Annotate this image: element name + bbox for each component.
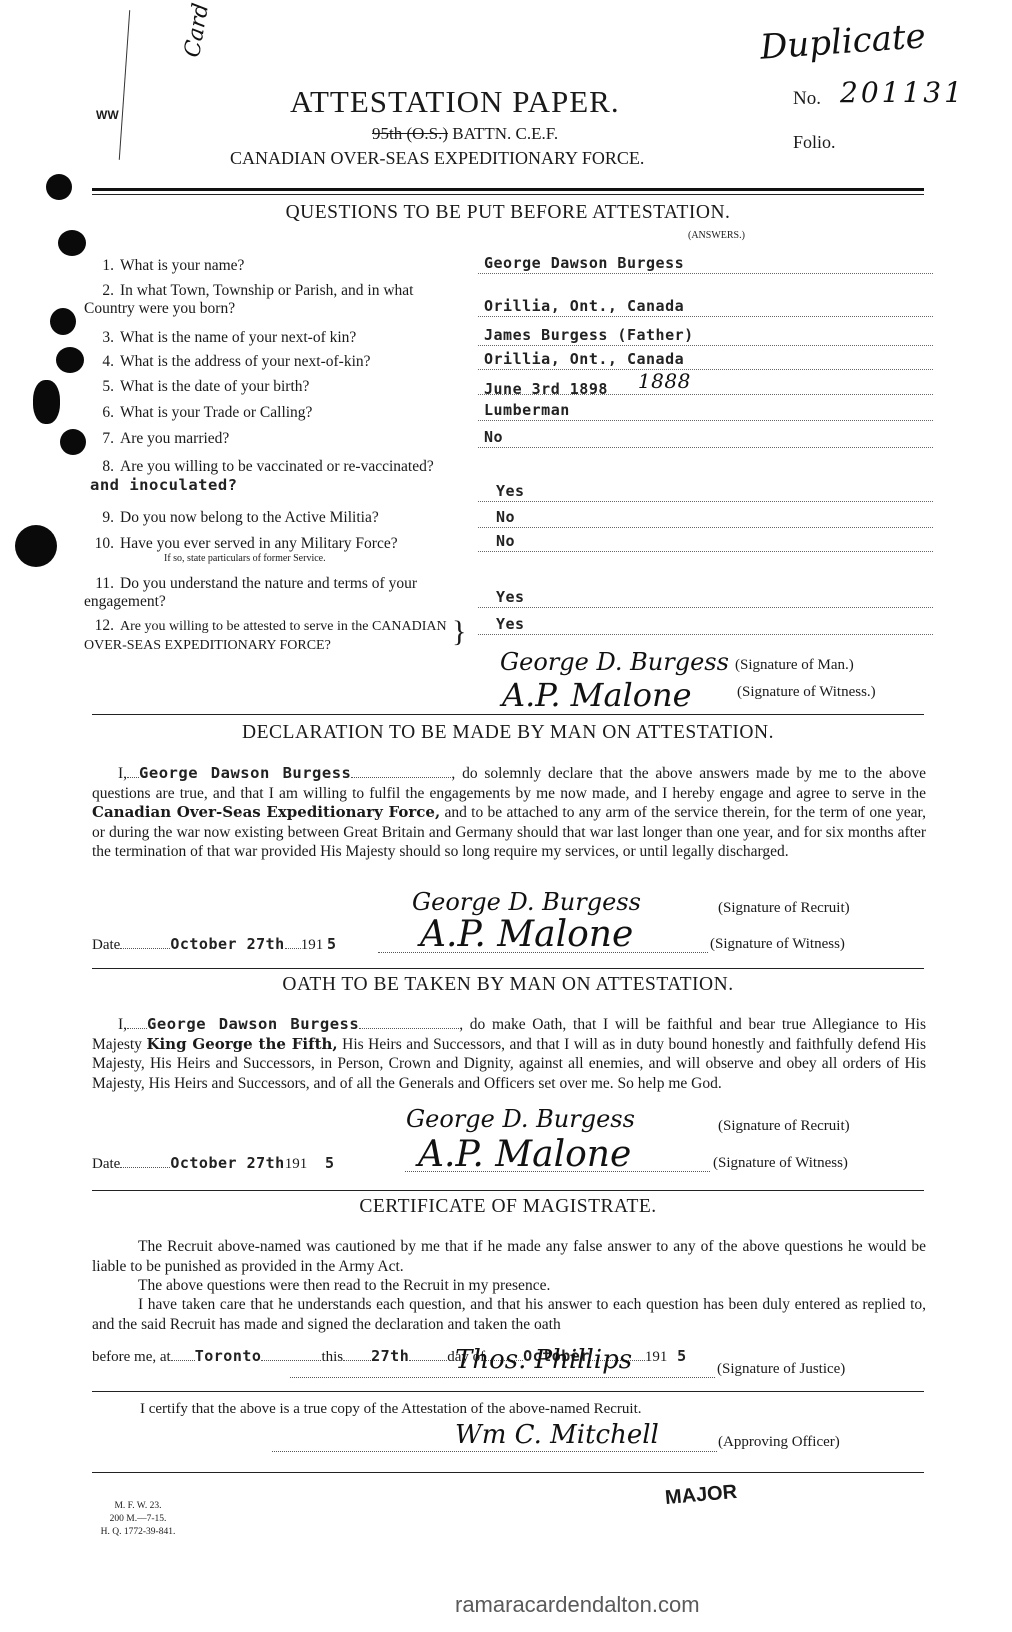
question-8: 8.Are you willing to be vaccinated or re… xyxy=(84,458,468,495)
punch-hole xyxy=(33,380,60,424)
declaration-year-digit: 5 xyxy=(327,935,337,953)
question-2: 2.In what Town, Township or Parish, and … xyxy=(84,282,468,318)
answer-1: George Dawson Burgess xyxy=(478,254,933,274)
oath-name: George Dawson Burgess xyxy=(147,1015,359,1033)
punch-hole xyxy=(56,347,84,373)
officer-dotted-line xyxy=(272,1451,717,1452)
signature-witness-label: (Signature of Witness.) xyxy=(737,684,876,701)
punch-hole xyxy=(15,525,57,567)
question-text: What is the name of your next-of kin? xyxy=(120,329,356,346)
declaration-date: October 27th xyxy=(170,935,284,953)
section-divider xyxy=(92,714,924,715)
question-note: If so, state particulars of former Servi… xyxy=(164,553,468,564)
declaration-signature-witness-label: (Signature of Witness) xyxy=(710,936,845,953)
section-divider xyxy=(92,968,924,969)
question-number: 3. xyxy=(84,329,114,347)
question-typed-addition: and inoculated? xyxy=(90,476,237,494)
duplicate-note: Duplicate xyxy=(759,16,927,67)
certificate-para-1: The Recruit above-named was cautioned by… xyxy=(92,1237,926,1276)
oath-title: OATH TO BE TAKEN BY MAN ON ATTESTATION. xyxy=(92,974,924,996)
declaration-signature-witness: A.P. Malone xyxy=(420,914,633,955)
question-4: 4.What is the address of your next-of-ki… xyxy=(84,353,468,371)
question-10: 10.Have you ever served in any Military … xyxy=(84,535,468,564)
answer-2: Orillia, Ont., Canada xyxy=(478,297,933,317)
certificate-place: Toronto xyxy=(195,1347,262,1365)
declaration-signature-recruit-label: (Signature of Recruit) xyxy=(718,900,850,917)
certificate-para-2: The above questions were then read to th… xyxy=(92,1276,926,1296)
watermark-url[interactable]: ramaracardendalton.com xyxy=(455,1592,700,1618)
battalion-text: BATTN. C.E.F. xyxy=(452,124,558,143)
declaration-title: DECLARATION TO BE MADE BY MAN ON ATTESTA… xyxy=(92,722,924,744)
oath-signature-recruit: George D. Burgess xyxy=(406,1105,635,1133)
folio-label: Folio. xyxy=(793,132,836,153)
declaration-signature-recruit: George D. Burgess xyxy=(412,888,641,916)
question-text: Do you understand the nature and terms o… xyxy=(84,575,417,610)
birth-year-correction: 1888 xyxy=(638,369,691,393)
oath-signature-witness: A.P. Malone xyxy=(418,1134,631,1175)
answer-8: Yes xyxy=(478,482,933,502)
oath-text: I,George Dawson Burgess, do make Oath, t… xyxy=(92,1015,926,1093)
king-name: King George the Fifth, xyxy=(146,1035,337,1053)
answer-7: No xyxy=(478,428,933,448)
certificate-year-digit: 5 xyxy=(677,1347,687,1365)
question-text: Are you willing to be vaccinated or re-v… xyxy=(120,458,434,475)
oath-year-digit: 5 xyxy=(325,1154,335,1172)
major-stamp: MAJOR xyxy=(664,1481,738,1510)
signature-officer-label: (Approving Officer) xyxy=(718,1434,840,1451)
signature-man-label: (Signature of Man.) xyxy=(735,657,854,674)
force-name: Canadian Over-Seas Expeditionary Force, xyxy=(92,803,440,821)
punch-hole xyxy=(46,174,72,200)
oath-signature-recruit-label: (Signature of Recruit) xyxy=(718,1118,850,1135)
question-6: 6.What is your Trade or Calling? xyxy=(84,404,468,422)
answer-10: No xyxy=(478,532,933,552)
declaration-name: George Dawson Burgess xyxy=(139,764,351,782)
section-divider xyxy=(92,1391,924,1392)
signature-witness: A.P. Malone xyxy=(502,676,692,714)
question-12: 12.Are you willing to be attested to ser… xyxy=(84,617,468,655)
declaration-text: I,George Dawson Burgess, do solemnly dec… xyxy=(92,764,926,862)
form-codes: M. F. W. 23. 200 M.—7-15. H. Q. 1772-39-… xyxy=(98,1500,178,1539)
questions-title: QUESTIONS TO BE PUT BEFORE ATTESTATION. xyxy=(92,202,924,224)
question-text: Are you willing to be attested to serve … xyxy=(84,619,447,653)
question-11: 11.Do you understand the nature and term… xyxy=(84,575,468,611)
question-text: Are you married? xyxy=(120,430,229,447)
signature-man: George D. Burgess xyxy=(500,648,729,676)
margin-mark: WW xyxy=(96,108,119,122)
declaration-date-line: DateOctober 27th191 5 xyxy=(92,935,336,954)
question-text: Have you ever served in any Military For… xyxy=(120,535,398,552)
document-title: ATTESTATION PAPER. xyxy=(290,84,620,120)
question-text: What is the address of your next-of-kin? xyxy=(120,353,371,370)
question-text: Do you now belong to the Active Militia? xyxy=(120,509,379,526)
signature-justice-label: (Signature of Justice) xyxy=(717,1361,845,1378)
answer-12: Yes xyxy=(478,615,933,635)
question-text: What is the date of your birth? xyxy=(120,378,309,395)
section-divider xyxy=(92,1190,924,1191)
side-line xyxy=(119,10,130,160)
question-number: 1. xyxy=(84,257,114,275)
answers-label: (ANSWERS.) xyxy=(688,230,745,241)
answer-3: James Burgess (Father) xyxy=(478,326,933,346)
question-number: 9. xyxy=(84,509,114,527)
question-number: 6. xyxy=(84,404,114,422)
side-note: Card xyxy=(180,1,214,59)
oath-date-line: DateOctober 27th191 5 xyxy=(92,1154,334,1173)
certificate-day: 27th xyxy=(371,1347,409,1365)
header-divider xyxy=(92,188,924,191)
answer-6: Lumberman xyxy=(478,401,933,421)
question-3: 3.What is the name of your next-of kin? xyxy=(84,329,468,347)
number-label: No. xyxy=(793,88,821,110)
punch-hole xyxy=(50,308,76,335)
question-number: 8. xyxy=(84,458,114,476)
punch-hole xyxy=(58,230,86,256)
signature-officer: Wm C. Mitchell xyxy=(455,1420,659,1450)
question-number: 12. xyxy=(84,617,114,635)
answer-11: Yes xyxy=(478,588,933,608)
question-number: 2. xyxy=(84,282,114,300)
battalion-line: 95th (O.S.) BATTN. C.E.F. xyxy=(372,124,558,144)
question-text: What is your Trade or Calling? xyxy=(120,404,312,421)
brace: } xyxy=(452,617,466,647)
certificate-para-3: I have taken care that he understands ea… xyxy=(92,1295,926,1334)
answer-5: June 3rd 18981888 xyxy=(478,375,933,395)
force-title: CANADIAN OVER-SEAS EXPEDITIONARY FORCE. xyxy=(230,148,644,169)
regimental-number: 201131 xyxy=(840,76,965,109)
question-number: 11. xyxy=(84,575,114,593)
question-1: 1.What is your name? xyxy=(84,257,468,275)
question-number: 4. xyxy=(84,353,114,371)
question-7: 7.Are you married? xyxy=(84,430,468,448)
justice-dotted-line xyxy=(290,1377,715,1378)
header-divider-thin xyxy=(92,194,924,195)
battalion-struck: 95th (O.S.) xyxy=(372,124,448,143)
punch-hole xyxy=(60,429,86,455)
question-text: What is your name? xyxy=(120,257,244,274)
signature-justice: Thos. Phillips xyxy=(455,1345,632,1375)
answer-4: Orillia, Ont., Canada xyxy=(478,350,933,370)
question-number: 5. xyxy=(84,378,114,396)
question-number: 7. xyxy=(84,430,114,448)
answer-9: No xyxy=(478,508,933,528)
oath-signature-witness-label: (Signature of Witness) xyxy=(713,1155,848,1172)
question-text: In what Town, Township or Parish, and in… xyxy=(84,282,413,317)
certificate-title: CERTIFICATE OF MAGISTRATE. xyxy=(92,1196,924,1218)
section-divider xyxy=(92,1472,924,1473)
question-5: 5.What is the date of your birth? xyxy=(84,378,468,396)
question-number: 10. xyxy=(84,535,114,553)
question-9: 9.Do you now belong to the Active Militi… xyxy=(84,509,468,527)
certify-text: I certify that the above is a true copy … xyxy=(140,1401,642,1418)
oath-date: October 27th xyxy=(170,1154,284,1172)
